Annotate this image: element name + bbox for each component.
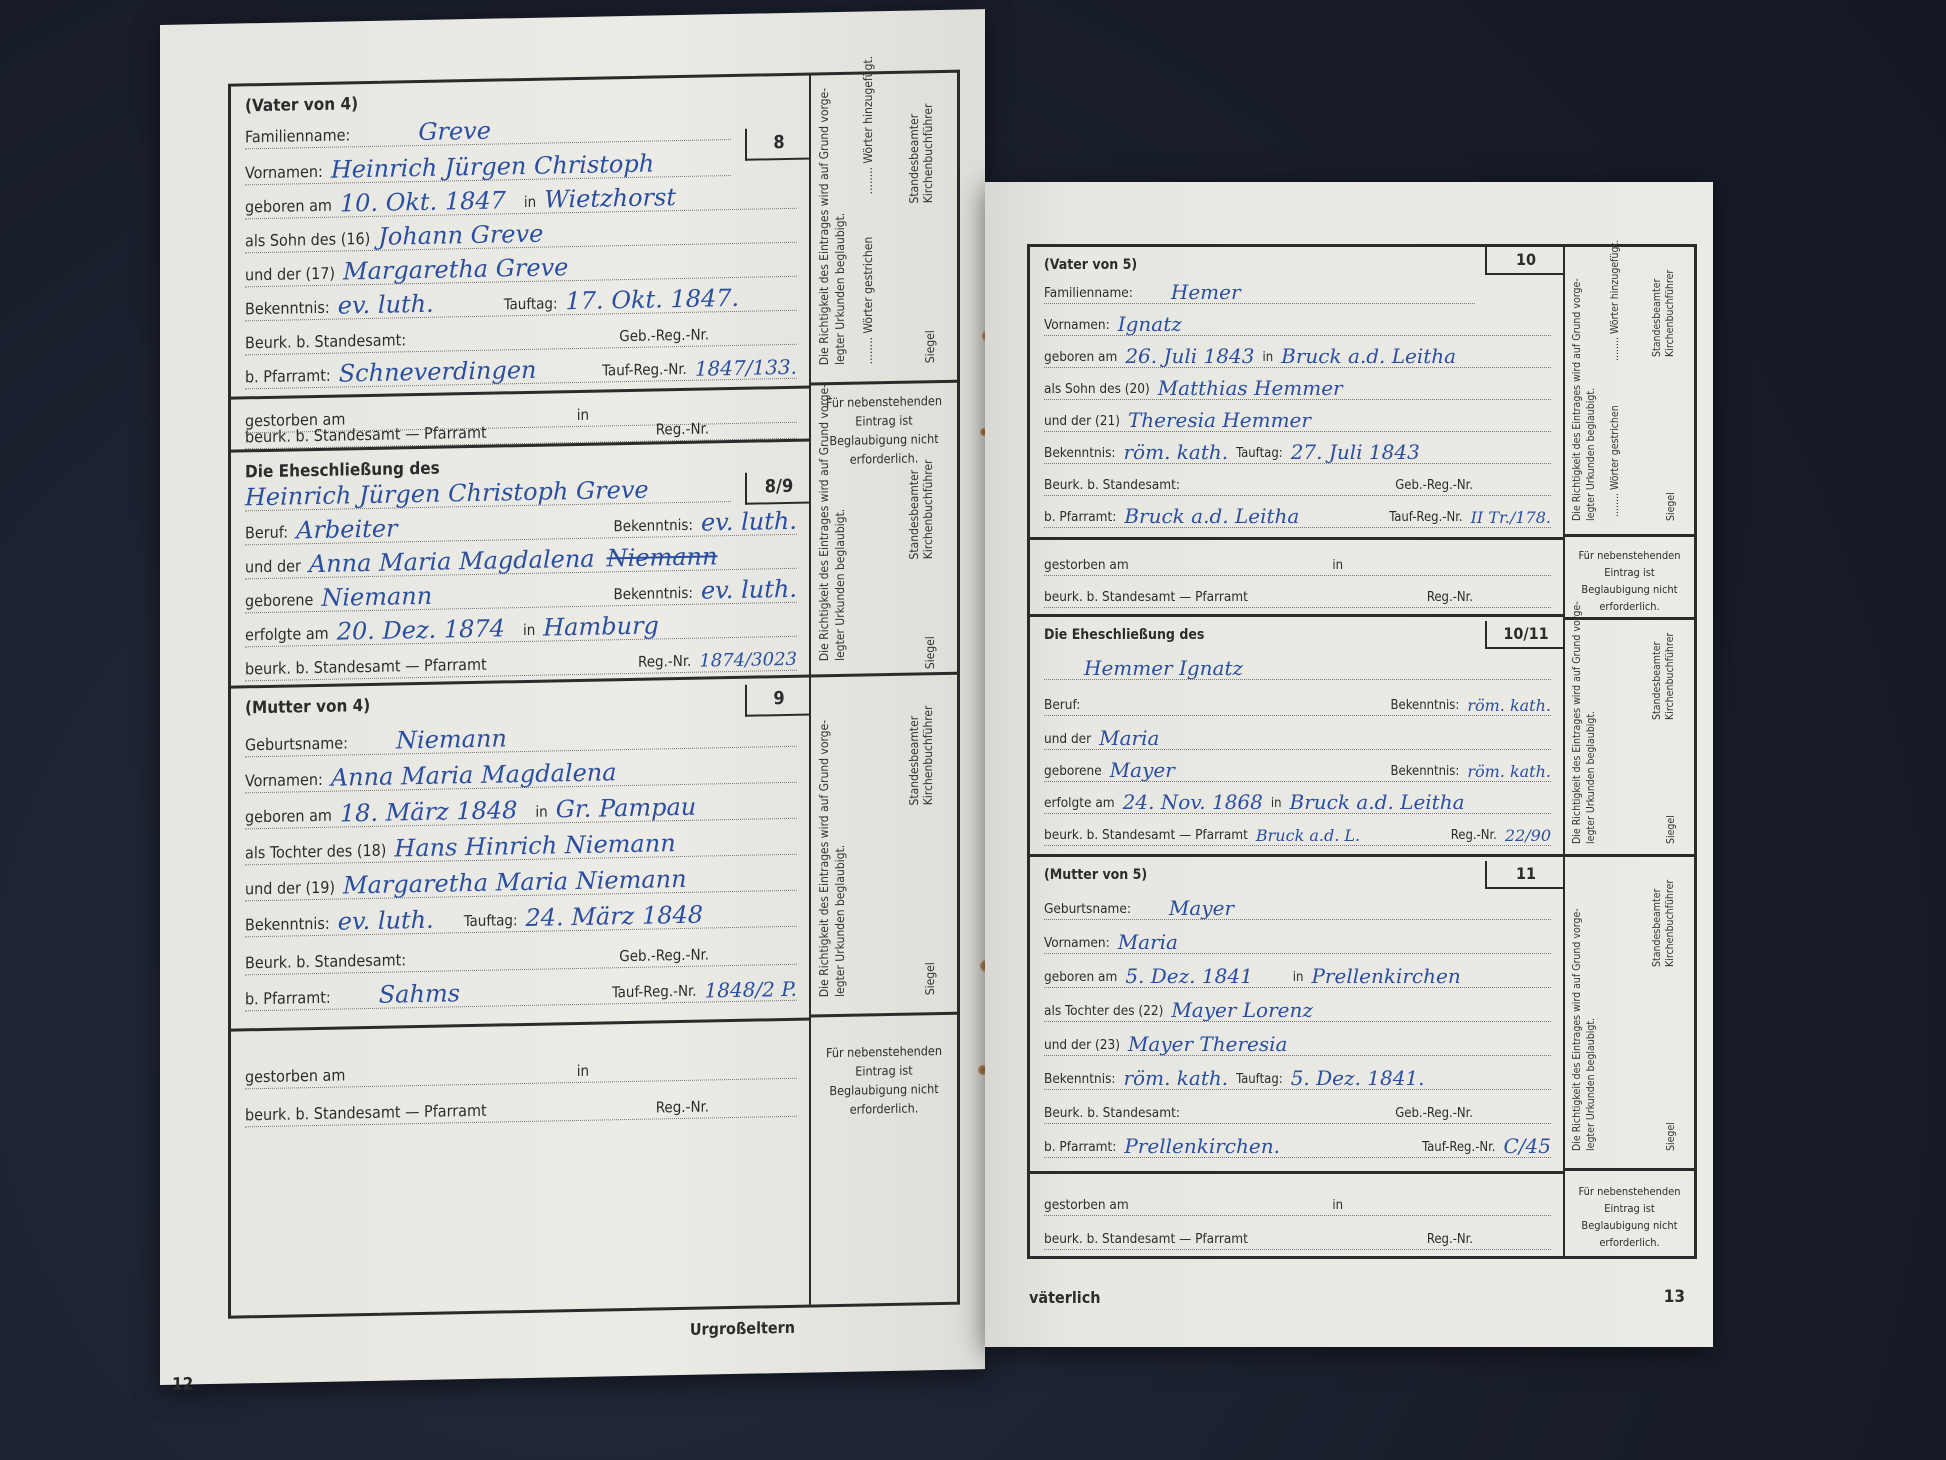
seal-label: Siegel [923,313,937,363]
tauftag-value: 24. März 1848 [526,903,704,931]
groom-name-value: Hemmer Ignatz [1084,658,1243,679]
field-label: geboren am [1044,349,1117,367]
tauftag-value: 27. Juli 1843 [1291,442,1420,463]
field-label: gestorben am [245,1065,345,1088]
groom-bekenntnis-value: ev. luth. [701,509,797,536]
field-label: und der (19) [245,878,335,901]
mutter-value: Margaretha Maria Niemann [343,867,687,899]
mutter-value: Margaretha Greve [343,255,568,284]
seal-label: Siegel [1665,1107,1677,1151]
certification-box: Die Richtigkeit des Eintrages wird auf G… [811,73,957,386]
left-form: (Vater von 4) 8 Familienname:Greve Vorna… [228,70,960,1319]
footer-label: Urgroßeltern [690,1318,795,1339]
ort-value: Hamburg [543,613,659,640]
vornamen-value: Heinrich Jürgen Christoph [331,152,654,183]
official-title: Standesbeamter [907,113,921,203]
tauftag-value: 17. Okt. 1847. [566,286,740,314]
groom-name-value: Heinrich Jürgen Christoph Greve [245,478,649,511]
left-page: (Vater von 4) 8 Familienname:Greve Vorna… [160,9,985,1385]
seal-label: Siegel [923,945,937,995]
page-number: 13 [1664,1287,1685,1307]
official-title: Kirchenbuchführer [921,113,935,203]
pfarramt-value: Sahms [379,981,460,1008]
section-title: (Mutter von 5) [1044,867,1147,883]
right-form: (Vater von 5) 10 Familienname:Hemer Vorn… [1027,244,1697,1259]
official-title: Kirchenbuchführer [921,469,935,559]
field-label: in [523,621,535,641]
field-label: Beurk. b. Standesamt: [1044,477,1180,495]
tauf-reg-value: 1848/2 P. [705,979,797,1002]
bekenntnis-value: ev. luth. [338,908,434,935]
bride-bekenntnis-value: ev. luth. [701,577,797,604]
pfarramt-value: Schneverdingen [339,358,537,387]
field-label: Bekenntnis: [245,914,330,937]
field-label: Beurk. b. Standesamt: [245,330,406,354]
field-label: Reg.-Nr. [638,652,691,673]
field-label: geboren am [1044,969,1117,987]
field-label: Tauftag: [464,911,518,932]
vater-value: Johann Greve [378,222,543,250]
field-label: Reg.-Nr. [656,1097,709,1118]
seal-label: Siegel [1665,477,1677,521]
field-label: als Tochter des (18) [245,841,386,865]
geboren-value: 10. Okt. 1847 [340,188,506,216]
field-label: Familienname: [245,125,350,148]
geborene-value: Niemann [321,584,432,611]
tauf-reg-value: C/45 [1504,1136,1552,1157]
entry-number: 8/9 [745,472,811,505]
field-label: Bekenntnis: [1390,698,1459,715]
certification-box: Die Richtigkeit des Eintrages wird auf G… [1565,857,1694,1171]
certification-text: legter Urkunden beglaubigt. [833,521,847,661]
field-label: und der (17) [245,264,335,287]
geburtsort-value: Prellenkirchen [1311,966,1460,987]
field-label: Beruf: [1044,697,1080,715]
pfarramt-value: Bruck a.d. Leitha [1124,506,1299,527]
geboren-value: 5. Dez. 1841 [1125,966,1252,987]
field-label: beurk. b. Standesamt — Pfarramt [1044,1231,1248,1249]
bekenntnis-value: röm. kath. [1124,442,1229,463]
official-title: Standesbeamter [1651,277,1663,357]
field-label: Vornamen: [1044,317,1110,335]
geborene-value: Mayer [1110,760,1175,781]
geburtsort-value: Wietzhorst [544,185,676,213]
bekenntnis-value: röm. kath. [1124,1068,1229,1089]
divider [1030,1171,1565,1174]
ort-value: Bruck a.d. Leitha [1290,792,1465,813]
official-title: Kirchenbuchführer [1664,640,1676,720]
field-label: beurk. b. Standesamt — Pfarramt [245,1101,487,1127]
certification-box: Die Richtigkeit des Eintrages wird auf G… [1565,247,1694,537]
field-label: Beurk. b. Standesamt: [1044,1105,1180,1123]
erfolgte-value: 24. Nov. 1868 [1123,792,1263,813]
left-entries: (Vater von 4) 8 Familienname:Greve Vorna… [231,76,811,1316]
field-label: Bekenntnis: [614,584,693,606]
field-label: in [1332,1198,1343,1215]
certification-text: legter Urkunden beglaubigt. [833,807,847,997]
certification-text: Die Richtigkeit des Eintrages wird auf G… [1571,261,1583,521]
reg-value: 1874/3023 [699,651,797,672]
field-label: in [524,193,536,213]
erfolgte-value: 20. Dez. 1874 [337,616,505,644]
seal-label: Siegel [1665,800,1677,844]
certification-text: legter Urkunden beglaubigt. [1585,357,1597,521]
pfarramt-value: Prellenkirchen. [1124,1136,1280,1157]
field-label: Reg.-Nr. [1427,1232,1473,1249]
certification-box: Die Richtigkeit des Eintrages wird auf G… [811,675,957,1018]
certification-box: Die Richtigkeit des Eintrages wird auf G… [1565,617,1694,857]
field-label: Bekenntnis: [1044,445,1116,463]
field-label: b. Pfarramt: [1044,509,1116,527]
field-label: Reg.-Nr. [1451,828,1497,845]
entry-number: 11 [1485,861,1565,889]
tauf-reg-value: 1847/133. [695,357,797,380]
field-label: und der [1044,731,1091,749]
field-label: Familienname: [1044,285,1133,303]
field-label: in [1271,796,1282,813]
tauftag-value: 5. Dez. 1841. [1291,1068,1425,1089]
field-label: b. Pfarramt: [245,988,331,1011]
certification-text: legter Urkunden beglaubigt. [1585,700,1597,844]
field-label: geboren am [245,196,332,219]
field-label: Reg.-Nr. [656,419,709,440]
mutter-value: Theresia Hemmer [1128,410,1311,431]
geboren-value: 18. März 1848 [340,798,518,826]
official-title: Kirchenbuchführer [1664,887,1676,967]
reg-value: 22/90 [1505,828,1551,845]
field-label: Vornamen: [1044,935,1110,953]
certification-text: legter Urkunden beglaubigt. [1585,967,1597,1151]
field-label: Geburtsname: [245,733,348,756]
field-label: Tauf-Reg.-Nr. [602,360,687,382]
field-label: Reg.-Nr. [1427,590,1473,607]
field-label: in [1293,970,1304,987]
vater-value: Matthias Hemmer [1158,378,1343,399]
field-label: geboren am [245,806,332,829]
vater-value: Hans Hinrich Niemann [394,831,675,861]
field-label: als Sohn des (16) [245,229,370,252]
field-label: und der [245,556,301,578]
added-words-text: ........ Wörter hinzugefügt. [861,94,875,194]
official-title: Standesbeamter [907,715,921,805]
field-label: Tauf-Reg.-Nr. [612,982,697,1004]
certification-text: Die Richtigkeit des Eintrages wird auf G… [1571,871,1583,1151]
field-label: erfolgte am [245,624,329,647]
field-label: Tauftag: [1236,446,1283,463]
field-label: erfolgte am [1044,795,1115,813]
official-title: Standesbeamter [1651,640,1663,720]
certification-text: Die Richtigkeit des Eintrages wird auf G… [817,697,831,997]
seal-label: Siegel [923,619,937,669]
field-label: Vornamen: [245,770,323,792]
marriage-section: Die Eheschließung des 10/11 Hemmer Ignat… [1030,617,1565,857]
entry-number: 8 [745,128,811,161]
field-label: und der (23) [1044,1037,1120,1055]
official-title: Kirchenbuchführer [921,715,935,805]
marriage-section: Die Eheschließung des 8/9 Heinrich Jürge… [231,442,811,689]
field-label: beurk. b. Standesamt — Pfarramt [1044,589,1248,607]
tauf-reg-value: II Tr./178. [1471,510,1551,527]
geburtsname-value: Mayer [1169,898,1234,919]
entry-number: 10/11 [1485,621,1565,649]
bride-name-value: Anna Maria Magdalena [309,547,595,577]
field-label: Geburtsname: [1044,901,1131,919]
field-label: als Sohn des (20) [1044,381,1150,399]
field-label: in [1262,350,1273,367]
field-label: beurk. b. Standesamt — Pfarramt [245,655,487,681]
field-label: und der (21) [1044,413,1120,431]
vornamen-value: Ignatz [1118,314,1182,335]
official-title: Standesbeamter [907,469,921,559]
groom-bekenntnis-value: röm. kath. [1467,698,1551,715]
geburtsort-value: Gr. Pampau [556,795,697,823]
bekenntnis-value: ev. luth. [338,292,434,319]
entry-number: 9 [745,684,811,717]
official-title: Kirchenbuchführer [1664,277,1676,357]
struck-words-text: ........ Wörter gestrichen [1609,387,1621,517]
certification-box: Die Richtigkeit des Eintrages wird auf G… [811,439,957,678]
field-label: Bekenntnis: [1390,764,1459,781]
certification-note: Für nebenstehenden Eintrag ist Beglaubig… [811,1041,957,1120]
section-title: (Vater von 4) [245,94,358,116]
field-label: gestorben am [1044,557,1129,575]
field-label: Geb.-Reg.-Nr. [619,945,709,967]
certification-column: Die Richtigkeit des Eintrages wird auf G… [1563,247,1694,1256]
vornamen-value: Maria [1118,932,1178,953]
bride-struck-value: Niemann [607,544,718,571]
certification-text: Die Richtigkeit des Eintrages wird auf G… [1571,634,1583,844]
field-label: Geb.-Reg.-Nr. [1395,1106,1473,1123]
field-label: Bekenntnis: [614,516,693,538]
mother-section: (Mutter von 4) 9 Geburtsname:Niemann Vor… [231,678,811,1316]
field-label: in [535,803,547,823]
section-title: (Mutter von 4) [245,696,370,718]
vornamen-value: Anna Maria Magdalena [331,760,617,790]
geburtsort-value: Bruck a.d. Leitha [1281,346,1456,367]
field-label: Bekenntnis: [1044,1071,1116,1089]
beruf-value: Arbeiter [296,516,397,543]
geburtsname-value: Niemann [396,726,507,753]
field-label: Beruf: [245,523,288,545]
page-number: 12 [172,1374,193,1394]
right-entries: (Vater von 5) 10 Familienname:Hemer Vorn… [1030,247,1565,1256]
field-label: b. Pfarramt: [1044,1139,1116,1157]
field-label: Geb.-Reg.-Nr. [619,325,709,347]
field-label: als Tochter des (22) [1044,1003,1163,1021]
field-label: Geb.-Reg.-Nr. [1395,478,1473,495]
field-label: geborene [1044,763,1102,781]
divider [231,1018,811,1032]
field-label: Beurk. b. Standesamt: [245,950,406,974]
field-label: Vornamen: [245,162,323,184]
vater-value: Mayer Lorenz [1171,1000,1313,1021]
field-label: beurk. b. Standesamt — Pfarramt [1044,827,1248,845]
field-label: b. Pfarramt: [245,366,331,389]
certification-column: Die Richtigkeit des Eintrages wird auf G… [809,73,957,1305]
field-label: in [1332,558,1343,575]
official-title: Standesbeamter [1651,887,1663,967]
certification-note: Für nebenstehenden Eintrag ist Beglaubig… [1565,547,1694,615]
field-label: Bekenntnis: [245,298,330,321]
certification-text: Die Richtigkeit des Eintrages wird auf G… [817,95,831,365]
added-words-text: ........ Wörter hinzugefügt. [1609,261,1621,361]
field-label: Tauf-Reg.-Nr. [1422,1140,1495,1157]
record-place-value: Bruck a.d. L. [1256,828,1360,845]
father-section: (Vater von 4) 8 Familienname:Greve Vorna… [231,76,811,453]
certification-text: legter Urkunden beglaubigt. [833,195,847,365]
father-section: (Vater von 5) 10 Familienname:Hemer Vorn… [1030,247,1565,617]
right-page: (Vater von 5) 10 Familienname:Hemer Vorn… [985,182,1713,1347]
certification-text: Die Richtigkeit des Eintrages wird auf G… [817,461,831,661]
footer-label: väterlich [1029,1288,1100,1307]
bride-name-value: Maria [1099,728,1159,749]
divider [1030,537,1565,540]
field-label: geborene [245,590,313,612]
mother-section: (Mutter von 5) 11 Geburtsname:Mayer Vorn… [1030,857,1565,1256]
field-label: Tauf-Reg.-Nr. [1389,510,1462,527]
section-title: Die Eheschließung des [1044,627,1204,643]
field-label: Tauftag: [1236,1072,1283,1089]
certification-note: Für nebenstehenden Eintrag ist Beglaubig… [1565,1183,1694,1251]
familienname-value: Hemer [1171,282,1241,303]
bride-bekenntnis-value: röm. kath. [1467,764,1551,781]
mutter-value: Mayer Theresia [1128,1034,1288,1055]
entry-number: 10 [1485,247,1565,275]
familienname-value: Greve [418,119,491,145]
field-label: Tauftag: [504,294,558,315]
field-label: in [577,1062,589,1082]
field-label: beurk. b. Standesamt — Pfarramt [245,423,487,449]
struck-words-text: ........ Wörter gestrichen [861,224,875,364]
field-label: gestorben am [1044,1197,1129,1215]
geboren-value: 26. Juli 1843 [1125,346,1254,367]
section-title: (Vater von 5) [1044,257,1137,273]
